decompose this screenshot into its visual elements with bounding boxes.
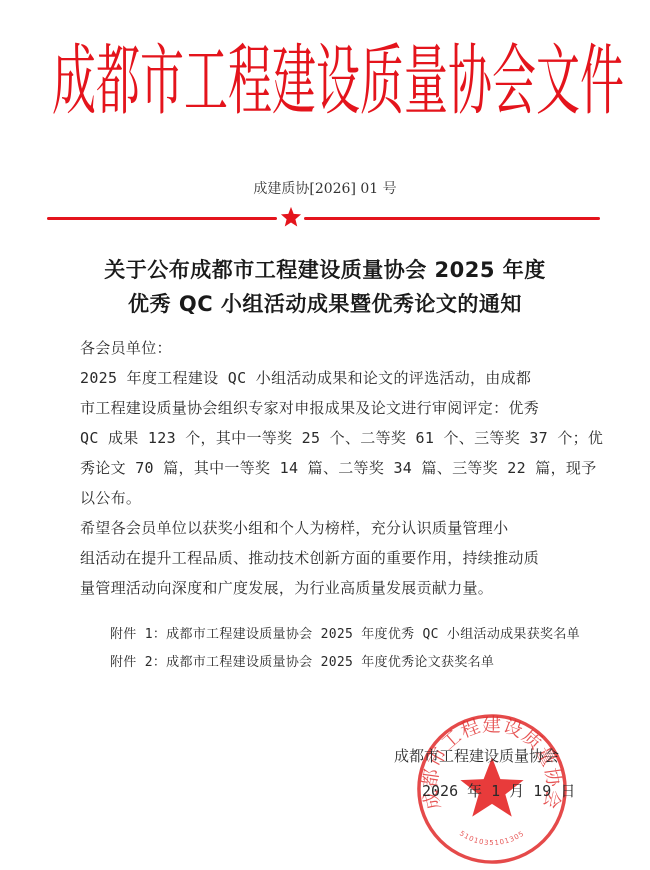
paragraph-1-line-4: 秀论文 70 篇，其中一等奖 14 篇、二等奖 34 篇、三等奖 22 篇，现予 (80, 457, 597, 478)
masthead-char: 市 (140, 45, 184, 122)
masthead-char: 工 (184, 45, 228, 122)
masthead-char: 协 (448, 45, 492, 122)
masthead-char: 会 (492, 45, 536, 122)
masthead-title: 成都市工程建设质量协会文件 (52, 38, 598, 128)
masthead-char: 文 (536, 45, 580, 122)
masthead-char: 建 (272, 45, 316, 122)
attachment-1: 附件 1：成都市工程建设质量协会 2025 年度优秀 QC 小组活动成果获奖名单 (110, 623, 580, 642)
signature-date: 2026 年 1 月 19 日 (422, 780, 575, 801)
document-number: 成建质协[2026] 01 号 (0, 178, 650, 198)
signature-organization: 成都市工程建设质量协会 (394, 745, 559, 766)
masthead-char: 质 (360, 45, 404, 122)
paragraph-2-line-3: 量管理活动向深度和广度发展，为行业高质量发展贡献力量。 (80, 577, 493, 598)
masthead-char: 件 (580, 45, 624, 122)
masthead-char: 设 (316, 45, 360, 122)
paragraph-1-line-3: QC 成果 123 个，其中一等奖 25 个、二等奖 61 个、三等奖 37 个… (80, 427, 603, 448)
star-icon (280, 206, 302, 228)
paragraph-1-line-1: 2025 年度工程建设 QC 小组活动成果和论文的评选活动，由成都 (80, 367, 531, 388)
paragraph-1-line-5: 以公布。 (80, 487, 141, 508)
paragraph-1-line-2: 市工程建设质量协会组织专家对申报成果及论文进行审阅评定：优秀 (80, 397, 539, 418)
paragraph-2-line-1: 希望各会员单位以获奖小组和个人为榜样，充分认识质量管理小 (80, 517, 508, 538)
svg-text:5101035101305: 5101035101305 (458, 829, 526, 847)
attachment-2: 附件 2：成都市工程建设质量协会 2025 年度优秀论文获奖名单 (110, 651, 494, 670)
masthead-char: 都 (96, 45, 140, 122)
notice-title-line-1: 关于公布成都市工程建设质量协会 2025 年度 (0, 254, 650, 284)
salutation: 各会员单位： (80, 337, 172, 358)
red-divider-left (47, 217, 277, 220)
document-page: 成都市工程建设质量协会文件 成建质协[2026] 01 号 关于公布成都市工程建… (0, 0, 650, 870)
red-divider-right (304, 217, 600, 220)
notice-title-line-2: 优秀 QC 小组活动成果暨优秀论文的通知 (0, 288, 650, 318)
masthead-char: 量 (404, 45, 448, 122)
paragraph-2-line-2: 组活动在提升工程品质、推动技术创新方面的重要作用，持续推动质 (80, 547, 539, 568)
masthead-char: 程 (228, 45, 272, 122)
masthead-char: 成 (52, 45, 96, 122)
